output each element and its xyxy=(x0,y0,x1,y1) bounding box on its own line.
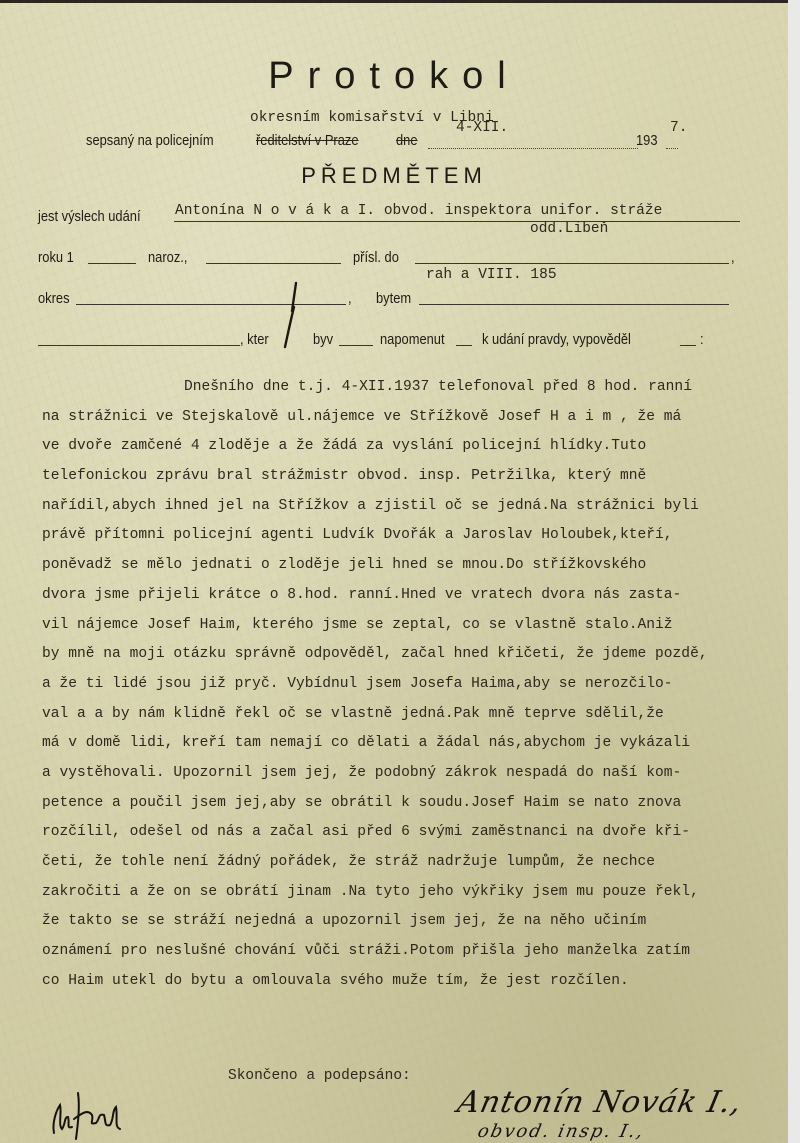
form-label-domicile: přísl. do xyxy=(353,249,399,266)
header-date-value: 4-XII. xyxy=(456,120,508,136)
body-line: by mně na moji otázku správně odpověděl,… xyxy=(42,640,782,670)
header-prefix: sepsaný na policejním xyxy=(86,132,214,149)
header-date-word: dne xyxy=(396,132,418,149)
signature-rank: obvod. insp. I., xyxy=(476,1121,647,1142)
form-label-born: naroz., xyxy=(148,249,187,266)
form-label-year: roku 1 xyxy=(38,249,74,266)
form-value-residence: rah a VIII. 185 xyxy=(426,267,557,283)
signature-novak: Antonín Novák I., xyxy=(454,1085,745,1120)
form-line-year xyxy=(88,263,136,264)
body-line: Dnešního dne t.j. 4-XII.1937 telefonoval… xyxy=(42,373,782,403)
form-label-was: byv xyxy=(313,331,333,348)
form-line-district xyxy=(76,304,346,305)
form-line-was xyxy=(339,345,373,346)
form-colon: : xyxy=(700,331,704,348)
body-line: vil nájemce Josef Haim, kterého jsme se … xyxy=(42,611,782,641)
body-line: právě přítomni policejní agenti Ludvík D… xyxy=(42,521,782,551)
body-line: oznámení pro neslušné chování vůči stráž… xyxy=(42,937,782,967)
form-value-department: odd.Libeň xyxy=(530,221,608,237)
form-label-residence: bytem xyxy=(376,290,411,307)
body-line: nařídil,abych ihned jel na Střížkov a zj… xyxy=(42,492,782,522)
body-line: petence a poučil jsem jej,aby se obrátil… xyxy=(42,789,782,819)
body-line: co Haim utekl do bytu a omlouvala svého … xyxy=(42,967,782,997)
header-year-suffix: 7. xyxy=(670,120,687,136)
form-line-testimony xyxy=(174,221,740,222)
form-line-blank xyxy=(38,345,240,346)
form-label-district: okres xyxy=(38,290,70,307)
body-line: četi, že tohle není žádný pořádek, že st… xyxy=(42,848,782,878)
body-line: poněvadž se mělo jednati o zloděje jeli … xyxy=(42,551,782,581)
testimony-body: Dnešního dne t.j. 4-XII.1937 telefonoval… xyxy=(42,373,782,996)
header-struck-office: ředitelství v Praze xyxy=(256,132,359,149)
body-line: telefonickou zprávu bral strážmistr obvo… xyxy=(42,462,782,492)
body-line: zakročiti a že on se obrátí jinam .Na ty… xyxy=(42,878,782,908)
body-line: má v domě lidi, kreří tam nemají co děla… xyxy=(42,729,782,759)
closing-label: Skončeno a podepsáno: xyxy=(228,1068,411,1084)
body-line: na strážnici ve Stejskalově ul.nájemce v… xyxy=(42,403,782,433)
form-comma: , xyxy=(731,249,735,266)
form-value-testimony: Antonína N o v á k a I. obvod. inspektor… xyxy=(175,203,662,219)
form-line-residence xyxy=(419,304,729,305)
form-comma-2: , xyxy=(348,290,352,307)
form-label-which: , kter xyxy=(240,331,269,348)
header-year-prefix: 193 xyxy=(636,132,658,149)
subject-heading: PŘEDMĚTEM xyxy=(0,163,788,189)
form-label-testimony: jest výslech udání xyxy=(38,208,141,225)
body-line: a vystěhovali. Upozornil jsem jej, že po… xyxy=(42,759,782,789)
form-label-truth: k udání pravdy, vypověděl xyxy=(482,331,631,348)
body-line: ve dvoře zamčené 4 zloděje a že žádá za … xyxy=(42,432,782,462)
form-line-admonished xyxy=(456,345,472,346)
form-line-born xyxy=(206,263,341,264)
body-line: dvora jsme přijeli krátce o 8.hod. ranní… xyxy=(42,581,782,611)
form-label-admonished: napomenut xyxy=(380,331,445,348)
scan-margin xyxy=(788,0,800,1143)
form-line-testified xyxy=(680,345,696,346)
form-line-domicile xyxy=(415,263,729,264)
year-dotted-line xyxy=(666,148,678,149)
handwritten-slash-mark xyxy=(283,281,299,351)
body-line: a že ti lidé jsou již pryč. Vybídnul jse… xyxy=(42,670,782,700)
document-title: Protokol xyxy=(0,55,788,98)
body-line: rozčílil, odešel od nás a začal asi před… xyxy=(42,818,782,848)
body-line: val a a by nám klidně řekl oč se vlastně… xyxy=(42,700,782,730)
official-signature-left xyxy=(48,1083,128,1141)
body-line: že takto se se stráží nejedná a upozorni… xyxy=(42,907,782,937)
date-dotted-line xyxy=(428,148,638,149)
document-page: Protokol okresním komisařství v Libni se… xyxy=(0,3,788,1143)
